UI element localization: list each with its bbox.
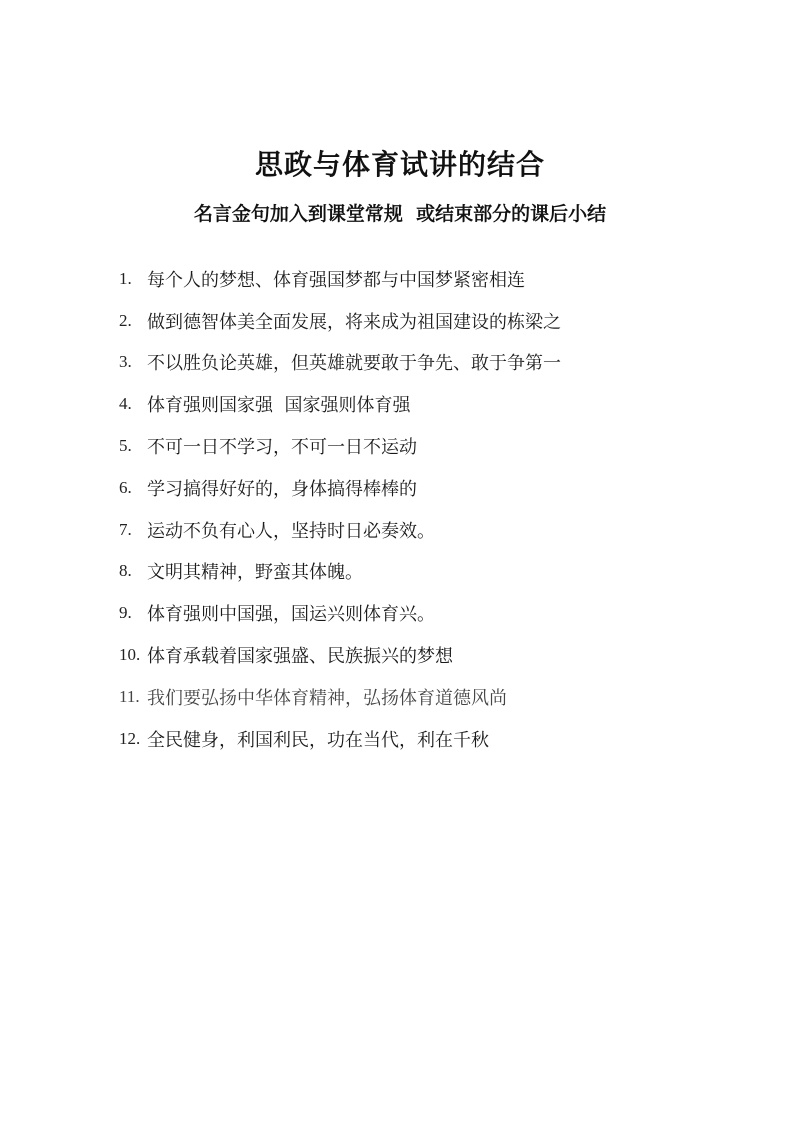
quote-text: 文明其精神，野蛮其体魄。 [147, 558, 363, 584]
quote-item: 3. 不以胜负论英雄，但英雄就要敢于争先、敢于争第一 [119, 342, 561, 384]
quote-text: 我们要弘扬中华体育精神，弘扬体育道德风尚 [147, 684, 507, 710]
quote-text: 全民健身，利国利民，功在当代，利在千秋 [147, 726, 489, 752]
quote-item: 8. 文明其精神，野蛮其体魄。 [119, 551, 561, 593]
quote-item: 12. 全民健身，利国利民，功在当代，利在千秋 [119, 718, 561, 760]
subtitle: 名言金句加入到课堂常规 或结束部分的课后小结 [0, 199, 800, 226]
quote-item: 2. 做到德智体美全面发展，将来成为祖国建设的栋梁之 [119, 300, 561, 342]
quote-text: 不以胜负论英雄，但英雄就要敢于争先、敢于争第一 [147, 349, 561, 375]
quote-number: 1. [119, 269, 147, 289]
quote-text: 体育强则国家强 国家强则体育强 [147, 391, 410, 417]
quote-number: 11. [119, 687, 147, 707]
quote-text: 学习搞得好好的，身体搞得棒棒的 [147, 475, 417, 501]
quote-list: 1. 每个人的梦想、体育强国梦都与中国梦紧密相连 2. 做到德智体美全面发展，将… [119, 258, 561, 760]
quote-text: 体育承载着国家强盛、民族振兴的梦想 [147, 642, 453, 668]
quote-item: 9. 体育强则中国强，国运兴则体育兴。 [119, 592, 561, 634]
quote-number: 9. [119, 603, 147, 623]
quote-number: 12. [119, 729, 147, 749]
quote-number: 3. [119, 352, 147, 372]
quote-number: 8. [119, 561, 147, 581]
page-title: 思政与体育试讲的结合 [0, 143, 800, 183]
quote-number: 10. [119, 645, 147, 665]
quote-text: 做到德智体美全面发展，将来成为祖国建设的栋梁之 [147, 308, 561, 334]
quote-text: 体育强则中国强，国运兴则体育兴。 [147, 600, 435, 626]
quote-item: 6. 学习搞得好好的，身体搞得棒棒的 [119, 467, 561, 509]
quote-item: 4. 体育强则国家强 国家强则体育强 [119, 383, 561, 425]
quote-item: 7. 运动不负有心人，坚持时日必奏效。 [119, 509, 561, 551]
quote-number: 2. [119, 311, 147, 331]
quote-number: 4. [119, 394, 147, 414]
quote-item: 1. 每个人的梦想、体育强国梦都与中国梦紧密相连 [119, 258, 561, 300]
quote-item: 10. 体育承载着国家强盛、民族振兴的梦想 [119, 634, 561, 676]
quote-number: 6. [119, 478, 147, 498]
quote-text: 每个人的梦想、体育强国梦都与中国梦紧密相连 [147, 266, 525, 292]
quote-text: 运动不负有心人，坚持时日必奏效。 [147, 517, 435, 543]
quote-item: 5. 不可一日不学习，不可一日不运动 [119, 425, 561, 467]
quote-number: 7. [119, 520, 147, 540]
quote-text: 不可一日不学习，不可一日不运动 [147, 433, 417, 459]
quote-number: 5. [119, 436, 147, 456]
quote-item: 11. 我们要弘扬中华体育精神，弘扬体育道德风尚 [119, 676, 561, 718]
